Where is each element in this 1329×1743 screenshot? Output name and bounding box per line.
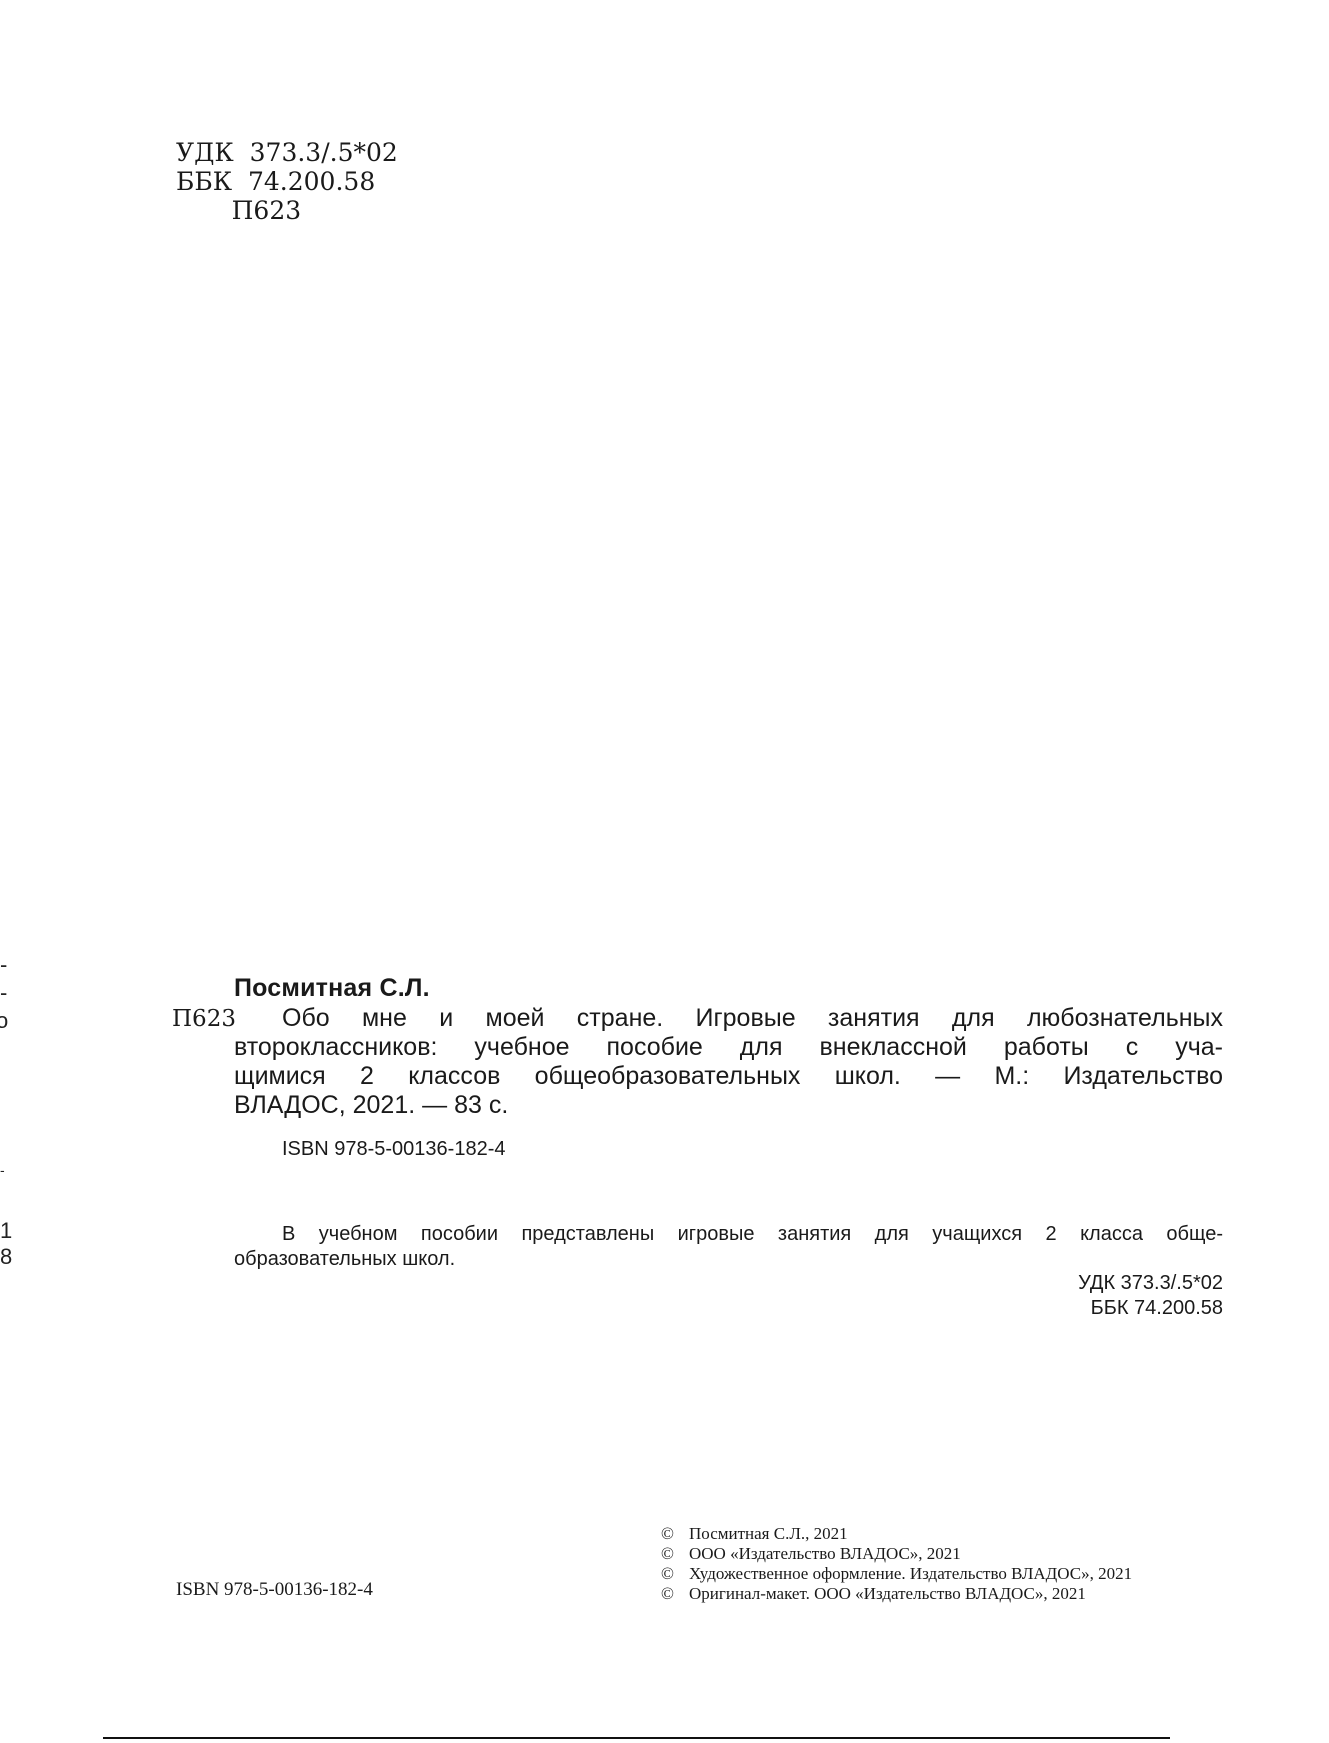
copyright-line: © Художественное оформление. Издательств… — [661, 1564, 1132, 1584]
description-line: щимися 2 классов общеобразовательных шко… — [234, 1062, 1223, 1091]
library-mark: П623 — [176, 196, 398, 225]
copyright-block: © Посмитная С.Л., 2021 © ООО «Издательст… — [661, 1524, 1132, 1604]
classification-codes: УДК 373.3/.5*02 ББК 74.200.58 — [1078, 1271, 1223, 1321]
copyright-line: © Посмитная С.Л., 2021 — [661, 1524, 1132, 1544]
copyright-icon: © — [661, 1564, 675, 1584]
bbk-code: ББК 74.200.58 — [176, 167, 398, 196]
copyright-text: Художественное оформление. Издательство … — [689, 1564, 1132, 1584]
annotation-line: образовательных школ. — [234, 1247, 1223, 1272]
udk-code: УДК 373.3/.5*02 — [176, 138, 398, 167]
isbn-footer: ISBN 978-5-00136-182-4 — [176, 1579, 373, 1601]
bleed-char: 1 — [0, 1218, 12, 1244]
bleed-char: - — [0, 1162, 5, 1178]
copyright-icon: © — [661, 1524, 675, 1544]
bleed-char: 8 — [0, 1244, 12, 1270]
bleed-char: - — [0, 980, 7, 1006]
bbk-code-right: ББК 74.200.58 — [1078, 1296, 1223, 1321]
copyright-icon: © — [661, 1584, 675, 1604]
author-name: Посмитная С.Л. — [234, 974, 430, 1003]
annotation-line: В учебном пособии представлены игровые з… — [234, 1222, 1223, 1247]
bleed-char: - — [0, 952, 7, 978]
annotation: В учебном пособии представлены игровые з… — [234, 1222, 1223, 1272]
copyright-text: Посмитная С.Л., 2021 — [689, 1524, 848, 1544]
udk-code-right: УДК 373.3/.5*02 — [1078, 1271, 1223, 1296]
copyright-text: ООО «Издательство ВЛАДОС», 2021 — [689, 1544, 961, 1564]
copyright-text: Оригинал-макет. ООО «Издательство ВЛАДОС… — [689, 1584, 1086, 1604]
copyright-line: © Оригинал-макет. ООО «Издательство ВЛАД… — [661, 1584, 1132, 1604]
copyright-line: © ООО «Издательство ВЛАДОС», 2021 — [661, 1544, 1132, 1564]
bibliographic-description: Обо мне и моей стране. Игровые занятия д… — [234, 1004, 1223, 1120]
bleed-char: о — [0, 1008, 8, 1034]
description-line: ВЛАДОС, 2021. — 83 с. — [234, 1091, 1223, 1120]
description-line: Обо мне и моей стране. Игровые занятия д… — [234, 1004, 1223, 1033]
classification-header: УДК 373.3/.5*02 ББК 74.200.58 П623 — [176, 138, 398, 225]
copyright-icon: © — [661, 1544, 675, 1564]
library-mark-inline: П623 — [172, 1006, 236, 1032]
isbn-record: ISBN 978-5-00136-182-4 — [282, 1138, 505, 1161]
description-line: второклассников: учебное пособие для вне… — [234, 1033, 1223, 1062]
page-bottom-rule — [103, 1737, 1170, 1739]
